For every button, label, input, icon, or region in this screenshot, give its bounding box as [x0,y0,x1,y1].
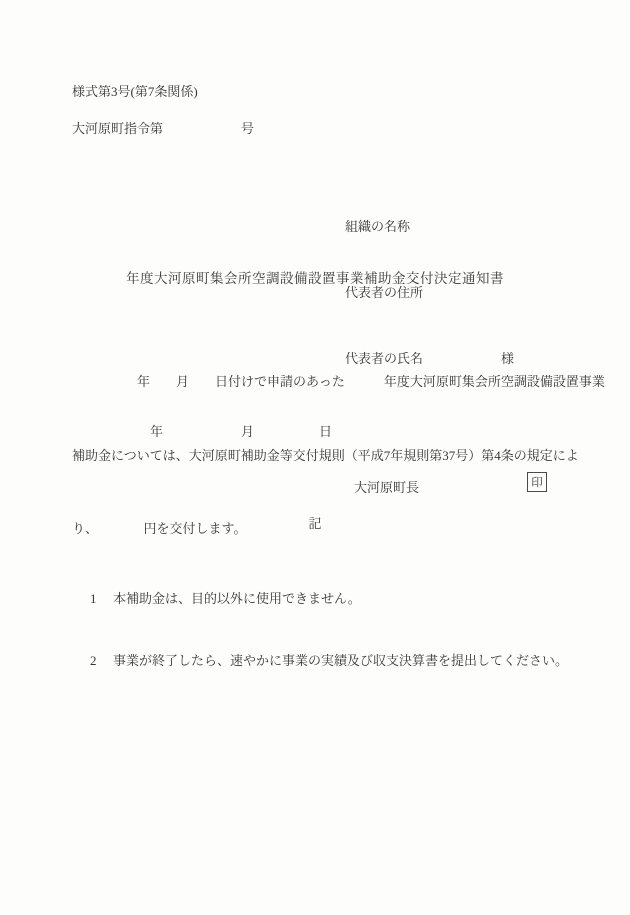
note-text: 本補助金は、目的以外に使用できません。 [113,589,361,610]
seal-placeholder: 印 [527,472,547,492]
note-number: 1 [90,589,104,610]
form-number: 様式第3号(第7条関係) [72,81,198,100]
body-line: 年 月 日付けで申請のあった 年度大河原町集会所空調設備設置事業 [72,370,605,395]
seal-character: 印 [531,474,543,490]
body-line: 補助金については、大河原町補助金等交付規則（平成7年規則第37号）第4条の規定に… [72,444,605,469]
directive-number-line: 大河原町指令第 号 [72,118,254,137]
notes-list: 1 本補助金は、目的以外に使用できません。 2 事業が終了したら、速やかに事業の… [90,548,568,712]
note-number: 2 [90,651,104,672]
addressee-org-label: 組織の名称 [345,216,514,238]
document-title: 年度大河原町集会所空調設備設置事業補助金交付決定通知書 [0,267,630,287]
record-heading: 記 [0,513,630,532]
issue-date-line: 年 月 日 [72,421,332,440]
list-item: 2 事業が終了したら、速やかに事業の実績及び収支決算書を提出してください。 [90,651,568,672]
mayor-signature-label: 大河原町長 [354,477,419,496]
list-item: 1 本補助金は、目的以外に使用できません。 [90,589,568,610]
document-page: 様式第3号(第7条関係) 大河原町指令第 号 組織の名称 代表者の住所 代表者の… [0,0,630,915]
note-text: 事業が終了したら、速やかに事業の実績及び収支決算書を提出してください。 [113,651,568,672]
